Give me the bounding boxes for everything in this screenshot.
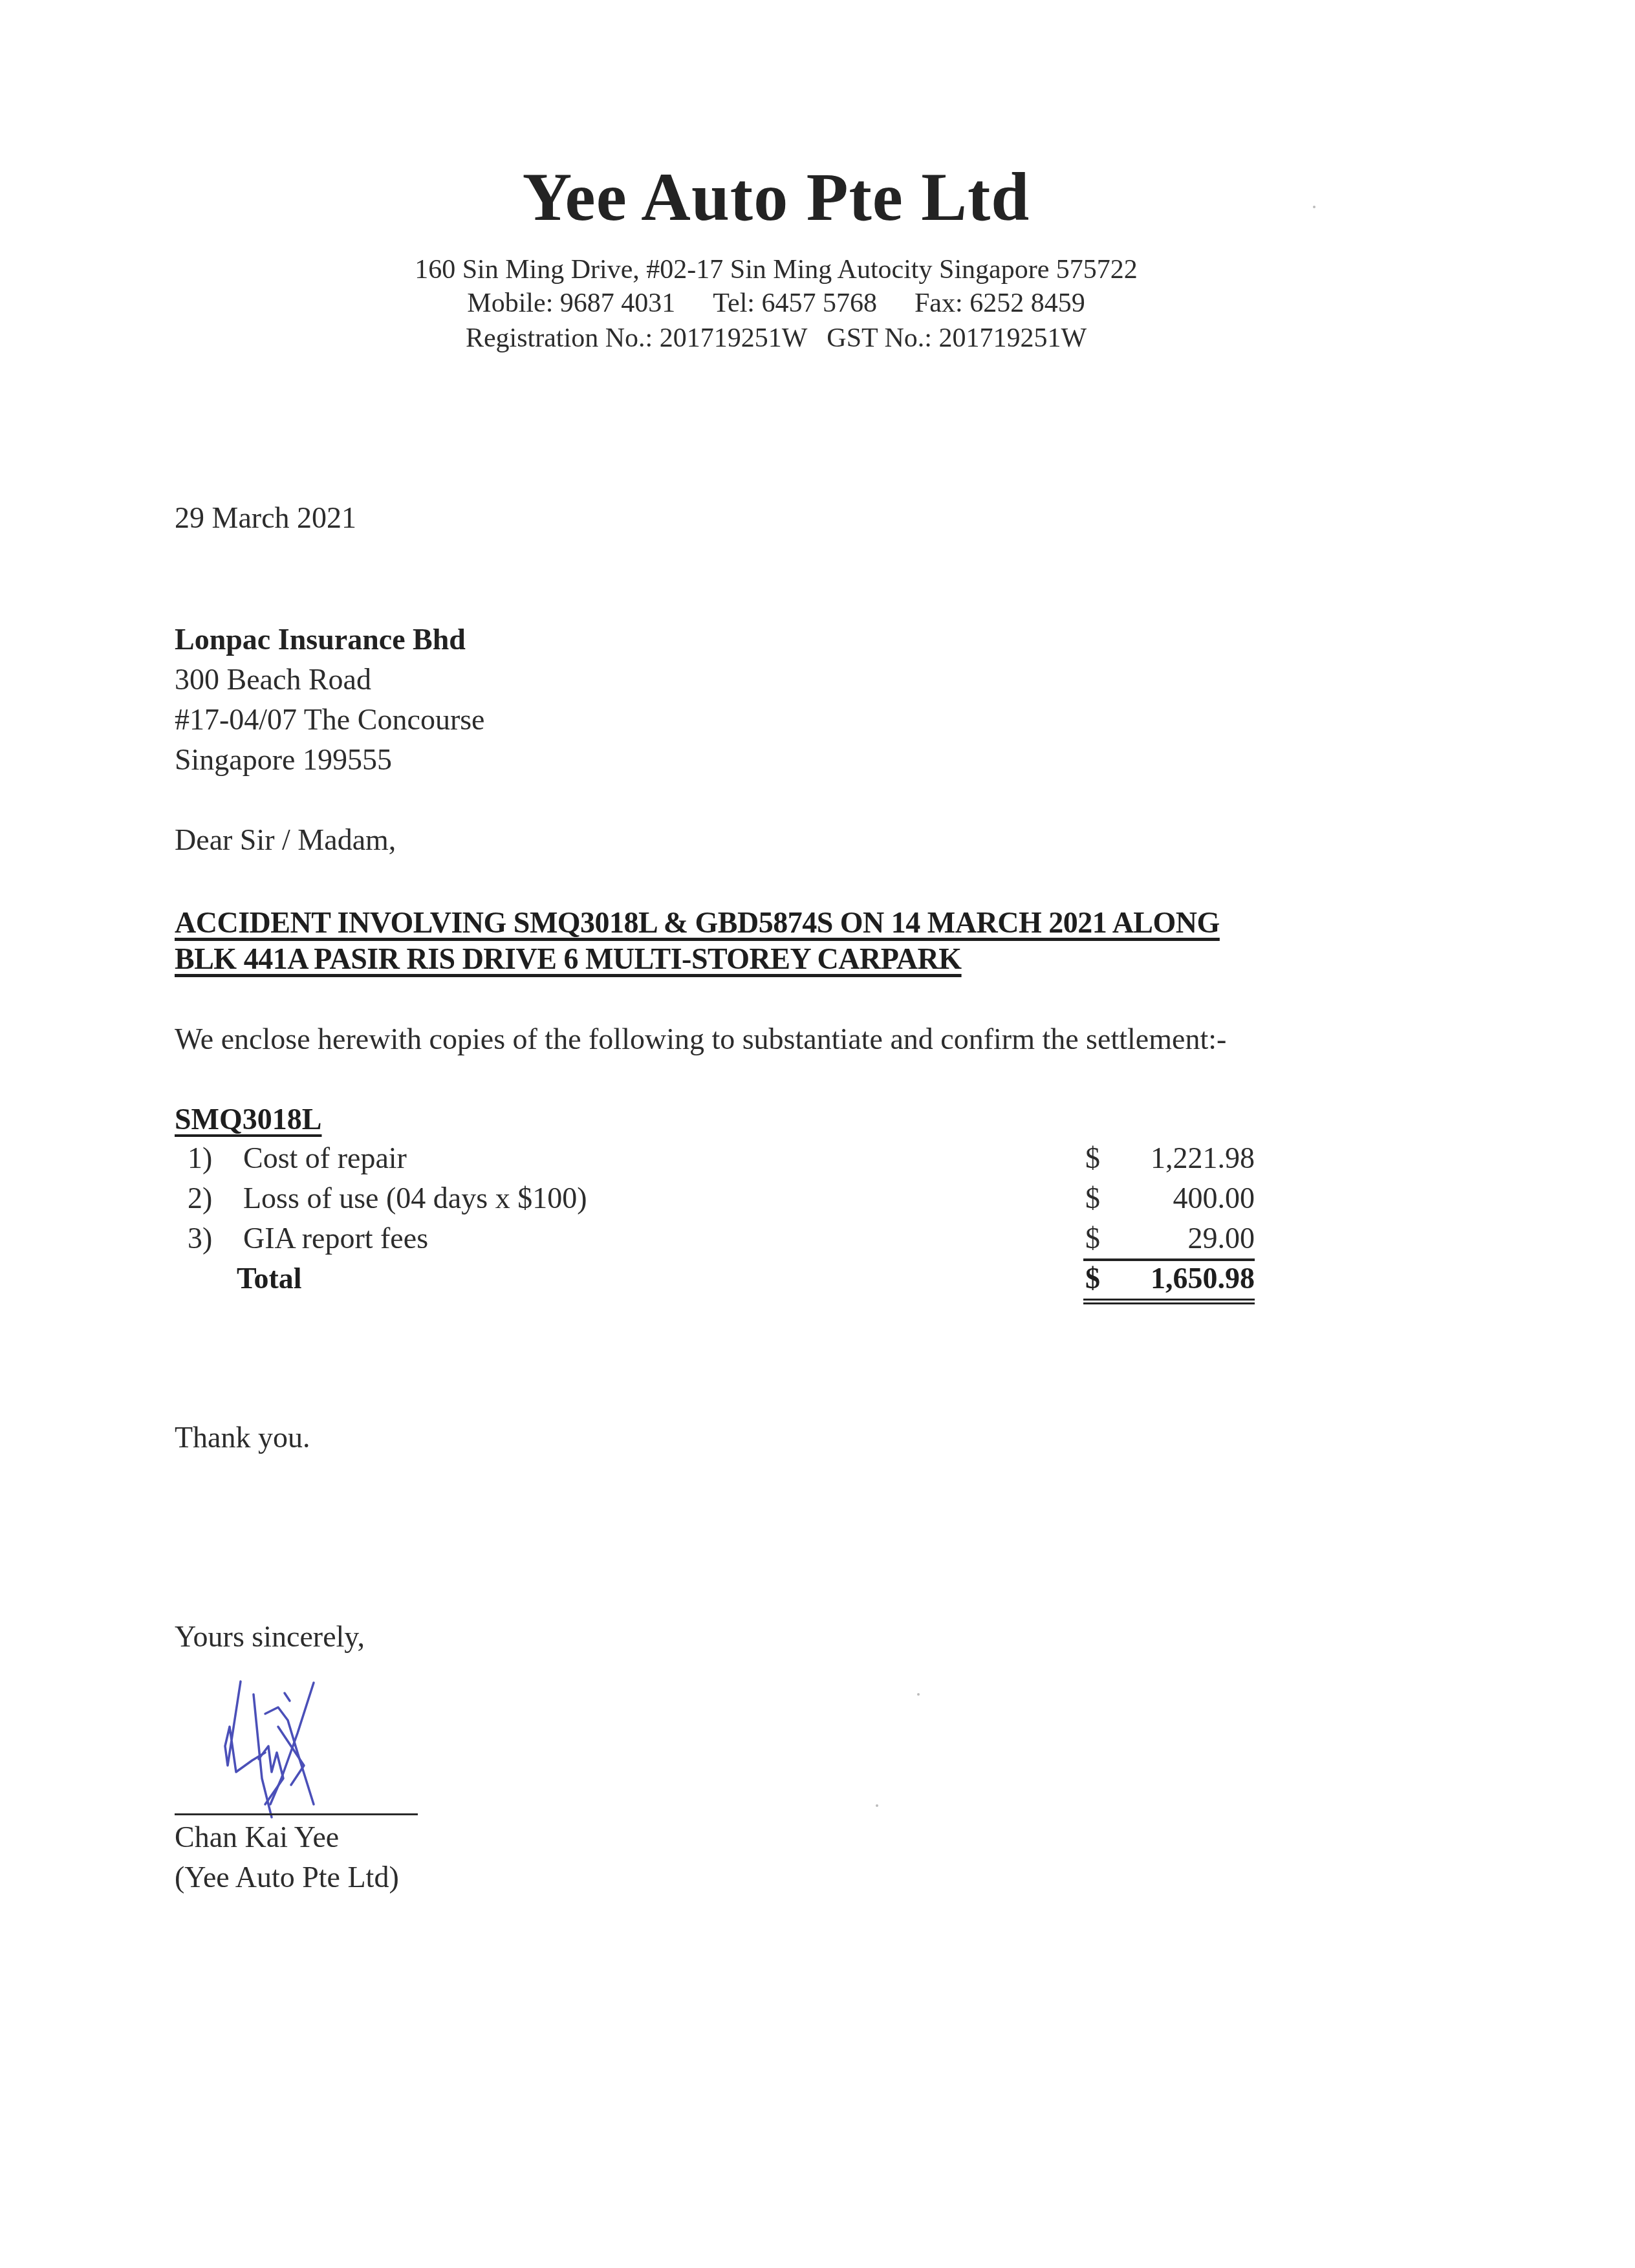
- handwritten-signature: [200, 1675, 369, 1830]
- claim-item-row: 3) GIA report fees $ 29.00: [175, 1224, 1287, 1260]
- currency-symbol: $: [1085, 1224, 1100, 1253]
- company-fax: Fax: 6252 8459: [915, 288, 1085, 318]
- recipient-address-line: #17-04/07 The Concourse: [175, 705, 485, 735]
- sign-off: Yours sincerely,: [175, 1622, 365, 1652]
- currency-symbol: $: [1085, 1183, 1100, 1213]
- item-description: GIA report fees: [243, 1224, 428, 1253]
- currency-symbol: $: [1085, 1143, 1100, 1173]
- recipient-name: Lonpac Insurance Bhd: [175, 625, 466, 654]
- claim-total-row: Total $ 1,650.98: [175, 1264, 1287, 1300]
- item-description: Cost of repair: [243, 1143, 407, 1173]
- item-number: 3): [188, 1224, 212, 1253]
- item-number: 2): [188, 1183, 212, 1213]
- claim-item-row: 2) Loss of use (04 days x $100) $ 400.00: [175, 1183, 1287, 1220]
- total-amount: 1,650.98: [1151, 1264, 1255, 1293]
- salutation: Dear Sir / Madam,: [175, 825, 396, 855]
- currency-symbol: $: [1085, 1264, 1100, 1293]
- intro-paragraph: We enclose herewith copies of the follow…: [175, 1024, 1226, 1054]
- company-name: Yee Auto Pte Ltd: [0, 163, 1552, 232]
- scan-speck: [1313, 206, 1316, 208]
- item-description: Loss of use (04 days x $100): [243, 1183, 587, 1213]
- scan-speck: [917, 1693, 920, 1696]
- vehicle-heading: SMQ3018L: [175, 1105, 321, 1134]
- item-amount-cell: $ 400.00: [1083, 1183, 1255, 1218]
- recipient-address-line: Singapore 199555: [175, 745, 392, 775]
- subject-line-2: BLK 441A PASIR RIS DRIVE 6 MULTI-STOREY …: [175, 944, 962, 974]
- recipient-address-line: 300 Beach Road: [175, 665, 371, 695]
- item-amount: 1,221.98: [1151, 1143, 1255, 1173]
- company-registration-line: Registration No.: 201719251WGST No.: 201…: [0, 325, 1552, 352]
- item-number: 1): [188, 1143, 212, 1173]
- signatory-company: (Yee Auto Pte Ltd): [175, 1863, 399, 1892]
- item-amount: 400.00: [1173, 1183, 1255, 1213]
- company-mobile: Mobile: 9687 4031: [467, 288, 675, 318]
- company-registration: Registration No.: 201719251W: [466, 323, 807, 353]
- total-label: Total: [237, 1264, 302, 1293]
- company-tel: Tel: 6457 5768: [713, 288, 877, 318]
- company-contacts: Mobile: 9687 4031Tel: 6457 5768Fax: 6252…: [0, 290, 1552, 317]
- item-amount: 29.00: [1188, 1224, 1255, 1253]
- total-amount-cell: $ 1,650.98: [1083, 1264, 1255, 1304]
- letter-date: 29 March 2021: [175, 503, 356, 533]
- item-amount-cell: $ 29.00: [1083, 1224, 1255, 1261]
- signature-line: [175, 1813, 418, 1815]
- claim-item-row: 1) Cost of repair $ 1,221.98: [175, 1143, 1287, 1180]
- subject-line-1: ACCIDENT INVOLVING SMQ3018L & GBD5874S O…: [175, 908, 1220, 938]
- company-address: 160 Sin Ming Drive, #02-17 Sin Ming Auto…: [0, 256, 1552, 283]
- thank-you: Thank you.: [175, 1423, 310, 1453]
- scan-speck: [876, 1804, 878, 1807]
- company-gst: GST No.: 201719251W: [827, 323, 1087, 353]
- signatory-name: Chan Kai Yee: [175, 1822, 339, 1852]
- item-amount-cell: $ 1,221.98: [1083, 1143, 1255, 1178]
